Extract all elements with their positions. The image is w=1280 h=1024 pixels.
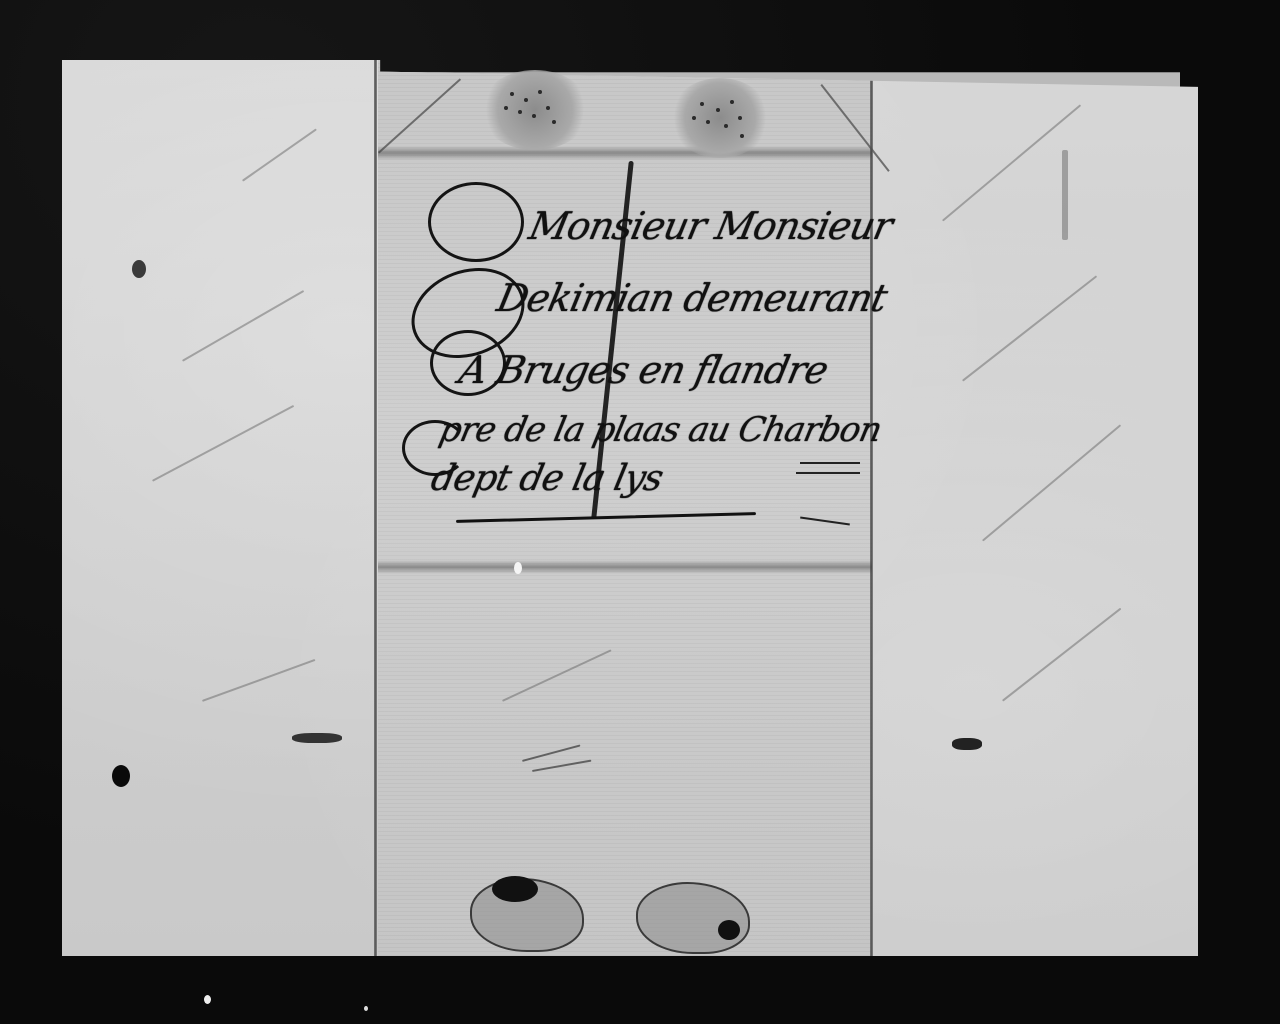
ink-blot bbox=[292, 733, 342, 743]
closing-dash bbox=[800, 462, 860, 464]
ink-blot bbox=[952, 738, 982, 750]
top-crease bbox=[378, 146, 872, 160]
paper-speck bbox=[514, 562, 522, 574]
fold-line-right bbox=[870, 60, 873, 956]
fold-line-left bbox=[374, 60, 377, 956]
left-fold-panel bbox=[62, 60, 378, 956]
wax-seal-top-right bbox=[670, 78, 770, 158]
scan-dust bbox=[204, 995, 211, 1004]
lower-crease bbox=[378, 560, 872, 574]
flourish-loop bbox=[428, 182, 524, 262]
closing-dash bbox=[796, 472, 860, 474]
address-line-2: Dekimian demeurant bbox=[493, 276, 890, 320]
ink-blot bbox=[132, 260, 146, 278]
address-line-3: A Bruges en flandre bbox=[455, 348, 831, 392]
wax-seal-top-left bbox=[480, 70, 590, 150]
ink-blot bbox=[112, 765, 130, 787]
address-line-4: pre de la plaas au Charbon bbox=[436, 410, 885, 450]
address-line-1: Monsieur Monsieur bbox=[525, 204, 896, 248]
bleed-through-stroke bbox=[1062, 150, 1068, 240]
address-line-5: dept de la lys bbox=[428, 458, 667, 499]
document-scan: Monsieur Monsieur Dekimian demeurant A B… bbox=[0, 0, 1280, 1024]
right-fold-panel bbox=[872, 60, 1198, 956]
scan-dust bbox=[364, 1006, 368, 1011]
